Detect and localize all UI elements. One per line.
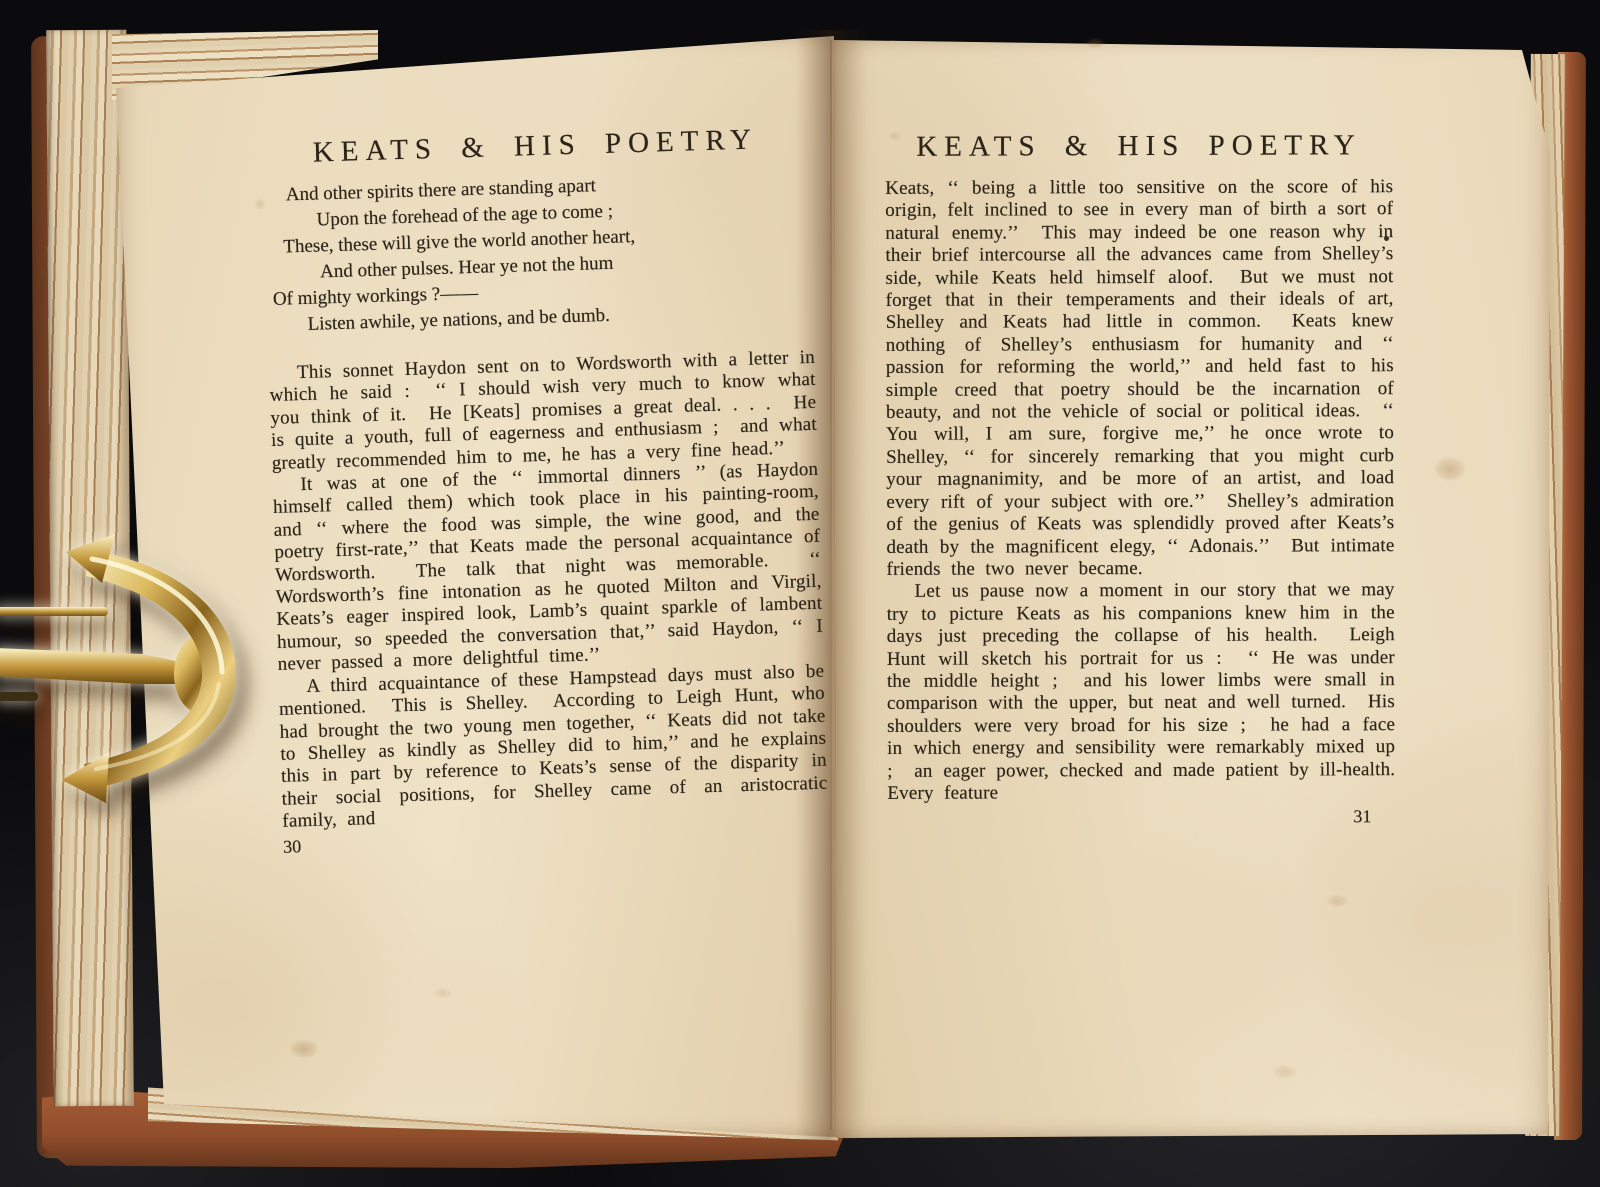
open-book-photo: KEATS & HIS POETRY And other spirits the… xyxy=(0,0,1600,1187)
page-number-right: 31 xyxy=(887,806,1395,829)
paragraph: Keats, ‘‘ being a little too sensitive o… xyxy=(885,176,1394,581)
paragraph: Let us pause now a moment in our story t… xyxy=(887,579,1396,805)
right-page: KEATS & HIS POETRY Keats, ‘‘ being a lit… xyxy=(830,34,1552,1140)
paragraph: A third acquaintance of these Hampstead … xyxy=(278,660,828,833)
brass-page-clip xyxy=(0,506,244,806)
right-page-text-block: KEATS & HIS POETRY Keats, ‘‘ being a lit… xyxy=(885,129,1395,829)
ink-speck xyxy=(1384,236,1389,241)
paragraph: It was at one of the ‘‘ immortal dinners… xyxy=(272,459,824,677)
running-header-right: KEATS & HIS POETRY xyxy=(885,129,1393,164)
left-page-text-block: KEATS & HIS POETRY And other spirits the… xyxy=(262,122,829,857)
running-header-left: KEATS & HIS POETRY xyxy=(262,122,809,171)
poem-quotation: And other spirits there are standing apa… xyxy=(269,167,813,339)
paragraph: This sonnet Haydon sent on to Wordsworth… xyxy=(269,347,818,475)
left-page-body: This sonnet Haydon sent on to Wordsworth… xyxy=(269,347,829,834)
right-page-body: Keats, ‘‘ being a little too sensitive o… xyxy=(885,176,1395,805)
